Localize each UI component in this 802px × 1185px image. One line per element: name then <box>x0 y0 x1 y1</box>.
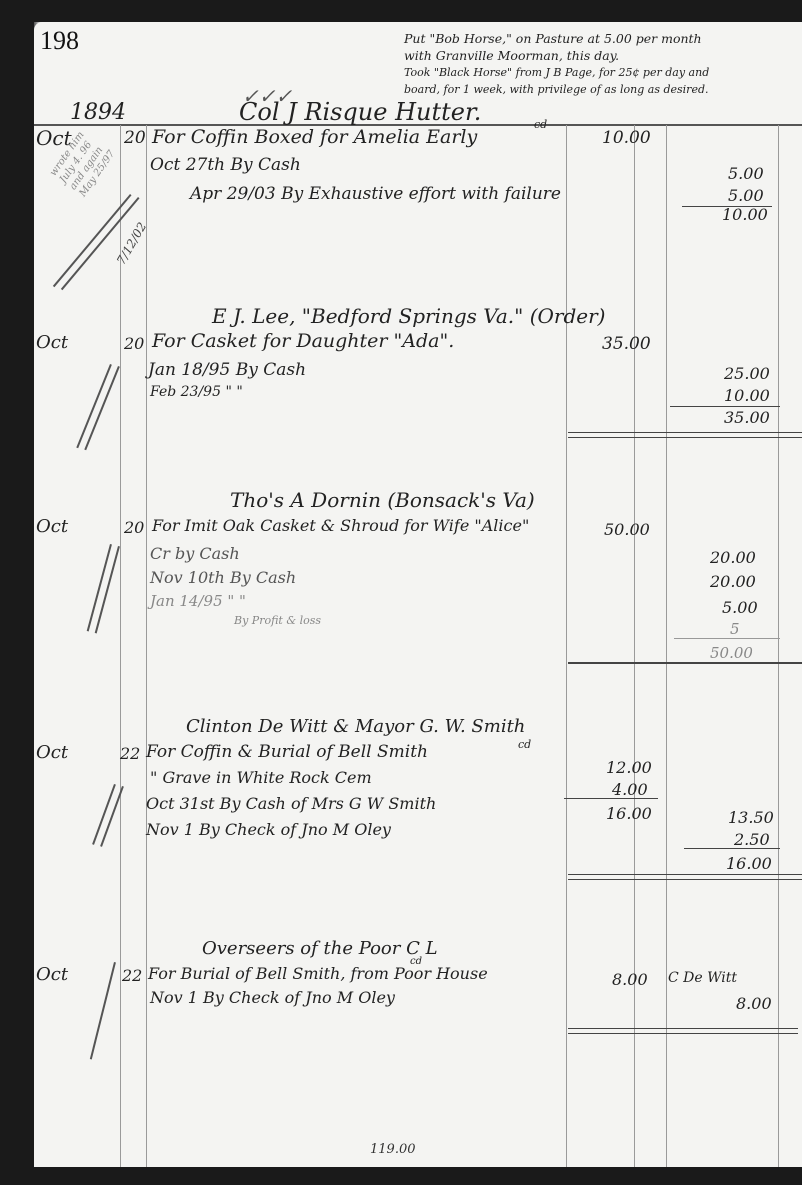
account-name: Col J Risque Hutter. <box>239 98 481 126</box>
column-rule-date <box>120 125 121 1167</box>
column-rule-credit-cents <box>778 125 779 1167</box>
column-rule-day <box>146 125 147 1167</box>
entry-credit: 5.00 <box>728 186 764 205</box>
entry-credit: 5.00 <box>722 598 758 617</box>
top-note-line: Put "Bob Horse," on Pasture at 5.00 per … <box>404 30 709 47</box>
settled-mark <box>84 366 120 450</box>
column-rule-credit <box>666 125 667 1167</box>
entry-day: 22 <box>120 744 140 763</box>
entry-suffix: cd <box>534 118 547 131</box>
account-total: 16.00 <box>726 854 772 873</box>
account-total: 50.00 <box>710 644 753 662</box>
total-rule <box>674 638 780 639</box>
entry-debit: 12.00 <box>606 758 652 777</box>
entry-suffix: cd <box>410 956 422 967</box>
entry-debit: 16.00 <box>606 804 652 823</box>
settled-mark <box>76 364 112 448</box>
account-name: Clinton De Witt & Mayor G. W. Smith <box>186 716 525 737</box>
account-total: 10.00 <box>722 205 768 224</box>
entry-debit: 4.00 <box>612 780 648 799</box>
entry-desc: Cr by Cash <box>150 544 240 563</box>
page-number: 198 <box>40 26 79 56</box>
entry-debit: 8.00 <box>612 970 648 989</box>
entry-day: 20 <box>124 518 144 537</box>
entry-desc: Oct 31st By Cash of Mrs G W Smith <box>146 794 436 813</box>
top-note: Put "Bob Horse," on Pasture at 5.00 per … <box>404 30 709 98</box>
entry-day: 20 <box>124 334 144 353</box>
entry-debit: 50.00 <box>604 520 650 539</box>
top-note-line: Took "Black Horse" from J B Page, for 25… <box>404 64 709 81</box>
entry-desc: For Casket for Daughter "Ada". <box>152 330 454 352</box>
entry-desc: Nov 1 By Check of Jno M Oley <box>150 988 395 1007</box>
total-rule <box>684 848 780 849</box>
entry-desc: For Imit Oak Casket & Shroud for Wife "A… <box>152 516 529 535</box>
top-note-line: board, for 1 week, with privilege of as … <box>404 81 709 98</box>
entry-desc: For Coffin Boxed for Amelia Early <box>152 126 477 148</box>
entry-credit: 10.00 <box>724 386 770 405</box>
column-rule-debit-cents <box>634 125 635 1167</box>
entry-credit: 5.00 <box>728 164 764 183</box>
entry-desc: For Burial of Bell Smith, from Poor Hous… <box>148 964 488 983</box>
entry-credit: 5 <box>730 620 740 638</box>
entry-credit: 25.00 <box>724 364 770 383</box>
entry-month: Oct <box>36 742 68 763</box>
entry-desc: Jan 14/95 " " <box>150 592 246 610</box>
entry-credit: 8.00 <box>736 994 772 1013</box>
entry-debit: 35.00 <box>602 334 651 354</box>
account-name: E J. Lee, "Bedford Springs Va." (Order) <box>212 304 605 328</box>
closing-rule <box>568 662 802 664</box>
entry-desc: Apr 29/03 By Exhaustive effort with fail… <box>190 184 561 204</box>
top-note-line: with Granville Moorman, this day. <box>404 47 709 64</box>
closing-rule <box>568 432 802 438</box>
closing-rule <box>568 874 802 880</box>
account-total: 35.00 <box>724 408 770 427</box>
settled-mark <box>90 962 116 1060</box>
entry-credit: 20.00 <box>710 572 756 591</box>
entry-month: Oct <box>36 964 68 985</box>
subtotal-rule <box>564 798 658 799</box>
entry-month: Oct <box>36 516 68 537</box>
entry-debit: 10.00 <box>602 128 651 148</box>
entry-desc: Oct 27th By Cash <box>150 155 301 175</box>
entry-desc: Feb 23/95 " " <box>150 384 243 400</box>
entry-credit: 13.50 <box>728 808 774 827</box>
footer-total: 119.00 <box>370 1142 416 1157</box>
entry-credit: 2.50 <box>734 830 770 849</box>
account-name: Overseers of the Poor C L <box>202 938 438 959</box>
ledger-page: 198 Put "Bob Horse," on Pasture at 5.00 … <box>34 22 802 1167</box>
entry-desc: By Profit & loss <box>234 614 321 627</box>
entry-desc: Nov 10th By Cash <box>150 568 296 587</box>
year: 1894 <box>70 100 126 125</box>
entry-credit: 20.00 <box>710 548 756 567</box>
entry-month: Oct <box>36 332 68 353</box>
total-rule <box>670 406 780 407</box>
entry-desc: Nov 1 By Check of Jno M Oley <box>146 820 391 839</box>
entry-desc: Jan 18/95 By Cash <box>148 360 306 380</box>
entry-day: 22 <box>122 966 142 985</box>
entry-desc: For Coffin & Burial of Bell Smith <box>146 742 428 762</box>
entry-suffix: cd <box>518 738 531 751</box>
entry-note: C De Witt <box>668 970 737 986</box>
column-rule-debit <box>566 125 567 1167</box>
entry-day: 20 <box>124 128 146 148</box>
entry-desc: " Grave in White Rock Cem <box>150 768 372 787</box>
closing-rule <box>568 1028 798 1034</box>
account-name: Tho's A Dornin (Bonsack's Va) <box>230 488 535 512</box>
